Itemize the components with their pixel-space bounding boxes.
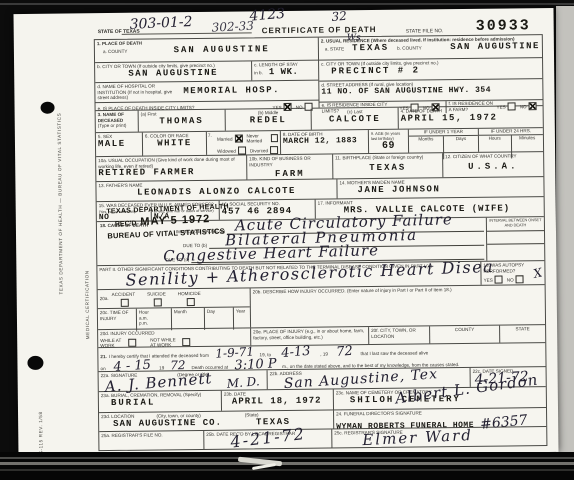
manner-accident-label: ACCIDENT [112, 291, 136, 296]
residence-state-label: a. STATE [325, 46, 344, 52]
death-certificate: TEXAS DEPARTMENT OF HEALTH — BUREAU OF V… [13, 8, 558, 458]
certify-hw-year-2: 72 [170, 359, 185, 371]
film-scratch [0, 469, 574, 471]
autopsy-no-label: NO [507, 277, 514, 282]
time-day-label: Day [204, 308, 233, 330]
marital-divorced-checkbox [270, 146, 278, 154]
marital-widowed-checkbox [238, 146, 246, 154]
while-at-work-checkbox [128, 338, 136, 346]
sex-value: MALE [98, 139, 140, 149]
manner-suicide-label: SUICIDE [147, 291, 166, 296]
hospital-value: MEMORIAL HOSP. [183, 86, 280, 97]
manner-homicide-checkbox [186, 298, 194, 306]
certify-hw-to: 4-13 [281, 345, 311, 360]
handwritten-top-number-2: 32 [331, 10, 347, 23]
injury-city-label: 20f. CITY, TOWN, OR LOCATION [371, 327, 427, 339]
marital-married-checkbox [234, 134, 242, 142]
manner-accident-checkbox [120, 298, 128, 306]
autopsy-no-checkbox [516, 276, 524, 284]
length-of-stay-value: 1 WK. [269, 68, 299, 78]
time-year-label: Year [233, 307, 250, 329]
occupation-value: RETIRED FARMER [98, 168, 244, 180]
registrar-date-handwriting: 4-21-72 [230, 426, 307, 451]
place-city-value: SAN AUGUSTINE [97, 68, 249, 80]
name-sub-label: (Type or print) [98, 123, 136, 129]
armed-forces-cell: 15. WAS DECEASED EVER IN U.S. ARMED FORC… [97, 201, 219, 221]
section-usual-residence: 2. USUAL RESIDENCE (Where deceased lived… [318, 35, 543, 108]
certify-year-2: , 19 [320, 352, 328, 358]
name-last-value: CALCOTE [314, 114, 396, 125]
autopsy-yes-checkbox [495, 276, 503, 284]
certify-hw-year: 72 [335, 345, 353, 359]
citizen-label: 12. CITIZEN OF WHAT COUNTRY [445, 153, 541, 160]
name-middle-value: REDEL [227, 115, 309, 126]
place-county-label: a. COUNTY [103, 49, 128, 55]
certify-text-3: that I last saw the deceased alive [360, 350, 428, 357]
interval-label: INTERVAL BETWEEN ONSET AND DEATH [487, 217, 544, 229]
how-injury-label: 20b. DESCRIBE HOW INJURY OCCURRED. (Ente… [253, 286, 543, 295]
citizen-value: U.S.A. [445, 162, 541, 173]
registrar-file-label: 25a. REGISTRAR'S FILE NO. [101, 432, 201, 439]
burial-value: BURIAL [111, 398, 219, 409]
registrar-signature-handwriting: Elmer Ward [362, 428, 473, 448]
hospital-label: d. NAME OF HOSPITAL OR INSTITUTION (If n… [97, 83, 183, 101]
marital-widowed-label: Widowed [217, 148, 236, 153]
marital-married-label: Married [217, 136, 233, 141]
manner-number: 20a. [100, 296, 109, 302]
residence-street-handwriting: Ws [347, 34, 361, 43]
margin-department-text: TEXAS DEPARTMENT OF HEALTH — BUREAU OF V… [56, 90, 63, 295]
mother-value: JANE JOHNSON [357, 184, 541, 196]
age-value: 69 [371, 141, 406, 152]
not-while-at-work-label: NOT WHILE AT WORK [150, 337, 180, 347]
film-scratch [0, 3, 574, 5]
marital-never-checkbox [271, 134, 278, 142]
date-of-death-value: APRIL 15, 1972 [401, 113, 541, 124]
margin-form-number: PS-115 REV. 1/58 [38, 412, 44, 458]
marital-divorced-label: Divorced [250, 148, 268, 153]
residence-county-value: SAN AUGUSTINE [422, 42, 540, 53]
name-first-value: THOMAS [141, 116, 223, 127]
residence-county-label: b. COUNTY [397, 45, 422, 51]
burial-date-value: APRIL 18, 1972 [232, 396, 331, 407]
birthplace-label: 11. BIRTHPLACE (State or foreign country… [335, 154, 440, 161]
place-county-value: SAN AUGUSTINE [127, 44, 316, 56]
time-of-injury-label: 20c. TIME OF INJURY [98, 309, 136, 331]
handwritten-top-number: 4123 [249, 7, 286, 24]
place-of-injury-label: 20e. PLACE OF INJURY (e.g., in or about … [253, 328, 366, 341]
age-under-24-hrs-cell: IF UNDER 24 HRS. Hours Minutes [478, 128, 543, 152]
name-label: 3. NAME OF DECEASED [98, 112, 136, 124]
film-bottom-band [0, 452, 574, 480]
certify-year-3: 19 [159, 365, 164, 371]
handwritten-code-1: 303-01-2 [129, 15, 192, 32]
residence-street-value: 11 NO. OF SAN AUGUSTINE HWY. 354 [321, 86, 540, 97]
microfilm-scan: { "palette":{"film":"#0c0c0c","paper":"#… [0, 0, 574, 480]
interval-column: INTERVAL BETWEEN ONSET AND DEATH [486, 217, 544, 261]
section-place-of-death: 1. PLACE OF DEATH a. COUNTY SAN AUGUSTIN… [95, 38, 319, 111]
certificate-form: 1. PLACE OF DEATH a. COUNTY SAN AUGUSTIN… [94, 34, 548, 451]
film-punch-hole [27, 356, 43, 370]
burial-location-value: SAN AUGUSTINE CO. [113, 418, 222, 429]
margin-medical-certification-text: MEDICAL CERTIFICATION [84, 277, 90, 339]
manner-suicide-checkbox [153, 298, 161, 306]
age-label: 9. AGE (In years last birthday) [371, 131, 406, 141]
injury-county-label: COUNTY [432, 327, 497, 333]
film-punch-hole [40, 102, 54, 114]
injury-state-label: STATE [502, 326, 543, 332]
manner-homicide-label: HOMICIDE [178, 290, 201, 295]
cause-label: 18. CAUSE OF DEATH [100, 223, 148, 229]
state-file-number: 30933 [476, 18, 531, 35]
date-of-birth-value: MARCH 12, 1883 [283, 137, 366, 147]
race-value: WHITE [145, 139, 204, 150]
residence-city-value: PRECINCT # 2 [331, 65, 540, 77]
birthplace-value: TEXAS [335, 163, 440, 174]
certify-number: 21. [100, 354, 106, 360]
residence-state-value: TEXAS [352, 44, 389, 54]
physician-degree-handwriting: M. D. [226, 375, 260, 390]
autopsy-yes-label: YES [484, 278, 493, 283]
marital-item-number: 7. [208, 133, 212, 139]
time-month-label: Month [171, 308, 204, 330]
film-edge-strip [556, 6, 574, 458]
not-while-at-work-checkbox [182, 338, 190, 346]
time-pm-label: p.m. [139, 321, 169, 327]
certify-text-4: on [100, 366, 105, 372]
marital-never-label: Never Married [246, 133, 269, 143]
certification-statement: 21. I hereby certify that I attended the… [98, 342, 545, 371]
marital-status-cell: 7. Married Never Married Widowed Divorce… [206, 131, 280, 155]
film-scratch [0, 462, 574, 465]
film-scratch [0, 457, 574, 459]
while-at-work-label: WHILE AT WORK [100, 338, 126, 348]
length-of-stay-sub: in b. [254, 70, 263, 76]
state-file-no-label: STATE FILE NO. [406, 28, 444, 35]
industry-label: 10b. KIND OF BUSINESS OR INDUSTRY [249, 155, 330, 167]
age-under-1-year-cell: IF UNDER 1 YEAR Months Days [408, 129, 478, 153]
